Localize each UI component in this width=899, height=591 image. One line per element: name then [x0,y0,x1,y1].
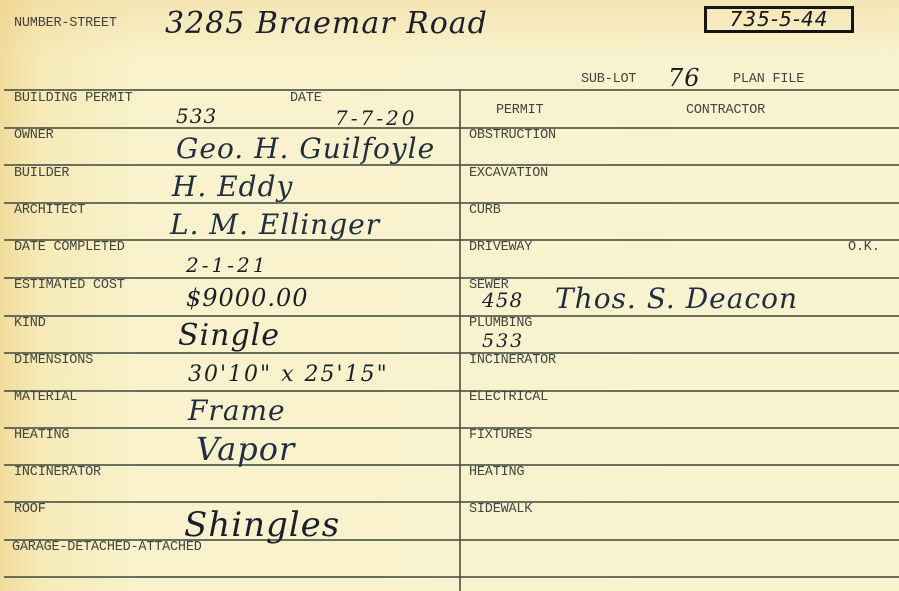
rule [4,501,899,503]
sub-lot-label: SUB-LOT [581,72,636,87]
curb-label: CURB [469,203,501,218]
estimated-cost-value: $9000.00 [186,284,309,312]
rule [4,277,899,279]
driveway-note: O.K. [848,240,880,255]
plumbing-permit-value: 533 [482,330,524,352]
incinerator-label: INCINERATOR [14,465,101,480]
date-completed-value: 2-1-21 [186,253,268,277]
fixtures-label: FIXTURES [469,428,532,443]
number-street-value: 3285 Braemar Road [165,6,488,41]
rule [4,202,899,204]
building-permit-value: 533 [176,104,217,128]
rule [4,576,899,578]
sewer-contractor-value: Thos. S. Deacon [555,282,798,315]
heating-label: HEATING [14,428,69,443]
plan-file-label: PLAN FILE [733,72,804,87]
file-number-stamp: 735-5-44 [704,6,854,33]
heating-permit-label: HEATING [469,465,524,480]
rule [4,164,899,166]
rule [4,390,899,392]
rule [4,127,899,129]
rule [4,352,899,354]
date-value: 7-7-20 [335,106,417,130]
column-divider [459,89,461,591]
sewer-permit-value: 458 [482,288,523,312]
sub-lot-value: 76 [668,64,701,92]
builder-label: BUILDER [14,166,69,181]
electrical-label: ELECTRICAL [469,390,548,405]
incinerator-permit-label: INCINERATOR [469,353,556,368]
rule [4,239,899,241]
rule [4,89,899,91]
obstruction-label: OBSTRUCTION [469,128,556,143]
date-completed-label: DATE COMPLETED [14,240,125,255]
date-label: DATE [290,91,322,106]
dimensions-value: 30'10" x 25'15" [188,362,389,387]
kind-label: KIND [14,316,46,331]
rule [4,315,899,317]
material-label: MATERIAL [14,390,77,405]
heating-value: Vapor [196,430,295,468]
building-permit-label: BUILDING PERMIT [14,91,133,106]
roof-value: Shingles [184,505,340,545]
plumbing-label: PLUMBING [469,316,532,331]
permit-column-header: PERMIT [496,103,543,118]
building-permit-card: NUMBER-STREET 3285 Braemar Road 735-5-44… [0,0,899,591]
sidewalk-label: SIDEWALK [469,502,532,517]
number-street-label: NUMBER-STREET [14,16,117,31]
excavation-label: EXCAVATION [469,166,548,181]
dimensions-label: DIMENSIONS [14,353,93,368]
architect-value: L. M. Ellinger [170,208,380,241]
owner-label: OWNER [14,128,54,143]
rule [4,464,899,466]
garage-label: GARAGE-DETACHED-ATTACHED [12,540,202,555]
builder-value: H. Eddy [172,170,293,203]
roof-label: ROOF [14,502,46,517]
estimated-cost-label: ESTIMATED COST [14,278,125,293]
kind-value: Single [178,318,280,353]
contractor-column-header: CONTRACTOR [686,103,765,118]
architect-label: ARCHITECT [14,203,85,218]
material-value: Frame [188,394,286,427]
owner-value: Geo. H. Guilfoyle [176,132,435,165]
rule [4,427,899,429]
driveway-label: DRIVEWAY [469,240,532,255]
